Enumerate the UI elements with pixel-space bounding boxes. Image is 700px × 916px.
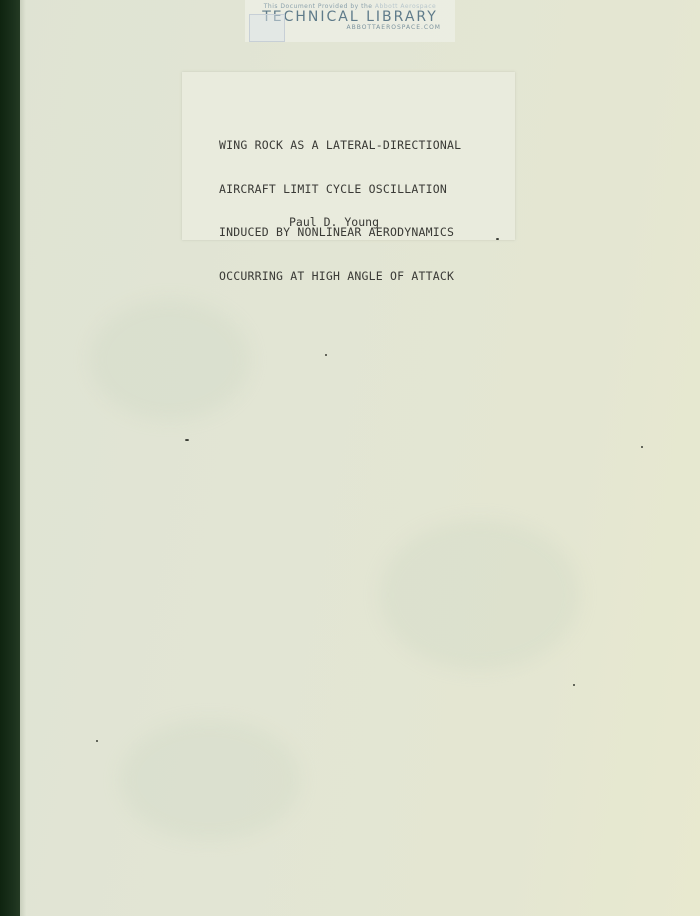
paper-stain	[120, 720, 300, 840]
scan-speck	[185, 439, 189, 441]
paper-stain	[90, 300, 250, 420]
title-line: WING ROCK AS A LATERAL-DIRECTIONAL	[219, 138, 461, 153]
spine-edge	[20, 0, 26, 916]
scan-speck	[573, 684, 575, 686]
title-line: OCCURRING AT HIGH ANGLE OF ATTACK	[219, 269, 461, 284]
scan-speck	[96, 740, 98, 742]
scan-speck	[641, 446, 643, 448]
title-line: AIRCRAFT LIMIT CYCLE OSCILLATION	[219, 182, 461, 197]
book-spine	[0, 0, 20, 916]
logo-box-icon	[249, 14, 285, 42]
author-name: Paul D. Young	[289, 215, 379, 229]
cover-label: WING ROCK AS A LATERAL-DIRECTIONAL AIRCR…	[182, 72, 515, 240]
document-title: WING ROCK AS A LATERAL-DIRECTIONAL AIRCR…	[219, 109, 461, 312]
paper-stain	[380, 520, 580, 670]
scan-speck	[325, 354, 327, 356]
scan-speck	[496, 238, 499, 240]
watermark-logo: This Document Provided by the Abbott Aer…	[245, 0, 455, 42]
